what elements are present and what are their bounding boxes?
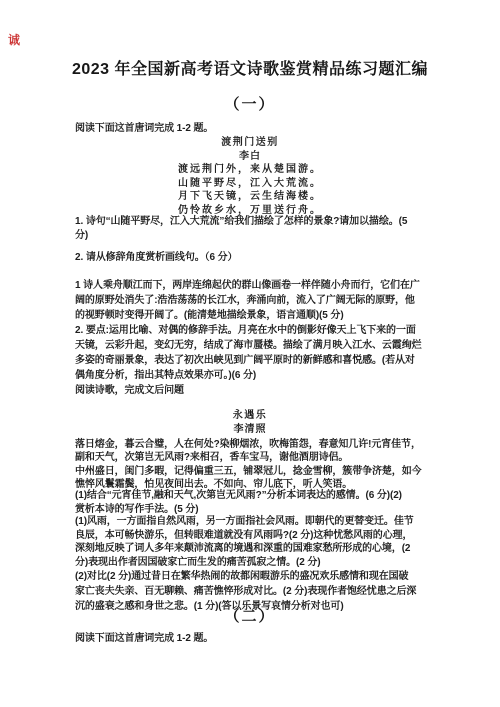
section-one-heading: （一）	[0, 96, 500, 114]
read-instruction-1: 阅读下面这首唐词完成 1-2 题。	[75, 122, 429, 136]
poem-yong-yu-le-body: 落日熔金，暮云合璧，人在何处?染柳烟浓，吹梅笛怨，春意知几许!元宵佳节，副和天气…	[75, 438, 429, 492]
answer-block-2: (1)风雨，一方面指自然风雨，另一方面指社会风雨。即朝代的更替变迁。佳节良辰，本…	[75, 515, 429, 569]
text-line: 多姿的奇丽景象，表达了初次出峡见到广阔平原时的新鲜感和喜悦感。(若从对	[75, 353, 429, 368]
text-line: 偶角度分析，指出其特点效果亦可。)(6 分)	[75, 368, 429, 383]
text-line: 中州盛日，闺门多暇，记得偏重三五，铺翠冠儿，捻金雪柳，簇带争济楚，如今	[75, 465, 429, 478]
text-line: 家亡丧夫失亲、百无聊赖、痛苦憔悴形成对比。(2 分)表现作者饱经忧患之后深	[75, 584, 429, 599]
text-line: (1)风雨，一方面指自然风雨，另一方面指社会风雨。即朝代的更替变迁。佳节	[75, 515, 429, 529]
text-line: 阔的原野处消失了:浩浩荡荡的长江水，奔涌向前，流入了广阔无际的原野，他	[75, 293, 429, 308]
red-stamp-icon: 诚	[8, 34, 20, 47]
text-line: 分)	[75, 229, 429, 243]
text-line: 天镜，云彩升起，变幻无穷，结成了海市蜃楼。描绘了满月映入江水、云霞绚烂	[75, 338, 429, 353]
poem-yong-yu-le-heading: 永遇乐 李清照	[0, 409, 500, 436]
text-line: 的视野顿时变得开阔了。(能清楚地描绘景象，语言通顺)(5 分)	[75, 308, 429, 323]
text-line: 渡远荆门外，来从楚国游。	[0, 163, 500, 177]
question-1: 1. 诗句“山随平野尽，江入大荒流”给我们描绘了怎样的景象?请加以描绘。(5分)	[75, 215, 429, 242]
text-line: (1)结合“元宵佳节,融和天气,次第岂无风雨?”分析本词表达的感情。(6 分)(…	[75, 489, 429, 503]
read-instruction-2: 阅读诗歌，完成文后问题	[75, 384, 429, 398]
text-line: 1 诗人乘舟顺江而下，两岸连绵起伏的群山像画卷一样伴随小舟而行，它们在广	[75, 278, 429, 293]
text-line: 月下飞天镜，云生结海楼。	[0, 190, 500, 204]
poem-author: 李白	[0, 150, 500, 164]
poem-title: 永遇乐	[0, 409, 500, 423]
poem-body: 渡远荆门外，来从楚国游。山随平野尽，江入大荒流。月下飞天镜，云生结海楼。仍怜故乡…	[0, 163, 500, 217]
exam-document-page: 诚 2023 年全国新高考语文诗歌鉴赏精品练习题汇编 （一） 阅读下面这首唐词完…	[0, 0, 500, 707]
page-title: 2023 年全国新高考语文诗歌鉴赏精品练习题汇编	[0, 60, 500, 80]
text-line: 2. 要点:运用比喻、对偶的修辞手法。月亮在水中的倒影好像天上飞下来的一面	[75, 323, 429, 338]
text-line: 山随平野尽，江入大荒流。	[0, 177, 500, 191]
text-line: 1. 诗句“山随平野尽，江入大荒流”给我们描绘了怎样的景象?请加以描绘。(5	[75, 215, 429, 229]
answer-block-1: 1 诗人乘舟顺江而下，两岸连绵起伏的群山像画卷一样伴随小舟而行，它们在广阔的原野…	[75, 278, 429, 383]
text-line: 分)表现出作者因国破家亡而生发的痛苦孤寂之情。(2 分)	[75, 556, 429, 570]
poem-author: 李清照	[0, 423, 500, 437]
question-2: 2. 请从修辞角度赏析画线句。（6 分）	[75, 251, 429, 265]
text-line: 落日熔金，暮云合璧，人在何处?染柳烟浓，吹梅笛怨，春意知几许!元宵佳节，	[75, 438, 429, 451]
text-line: 副和天气，次第岂无风雨?来相召，香车宝马，谢他酒朋诗侣。	[75, 451, 429, 464]
poem-title: 渡荆门送别	[0, 136, 500, 150]
section-two-heading: （二）	[0, 608, 500, 626]
text-line: 良辰，本可畅快游乐，但转眼难道就没有风雨吗?(2 分)这种忧愁风雨的心理，	[75, 529, 429, 543]
text-line: 赏析本诗的写作手法。(5 分)	[75, 503, 429, 517]
text-line: 深刻地反映了词人多年来颠沛流离的境遇和深重的国难家愁所形成的心境，(2	[75, 542, 429, 556]
question-block-2: (1)结合“元宵佳节,融和天气,次第岂无风雨?”分析本词表达的感情。(6 分)(…	[75, 489, 429, 516]
text-line: (2)对比(2 分)通过昔日在繁华热闹的故都闲暇游乐的盛况欢乐感情和现在国破	[75, 569, 429, 584]
poem-du-jingmen: 渡荆门送别 李白 渡远荆门外，来从楚国游。山随平野尽，江入大荒流。月下飞天镜，云…	[0, 136, 500, 217]
read-instruction-3: 阅读下面这首唐词完成 1-2 题。	[75, 632, 429, 646]
